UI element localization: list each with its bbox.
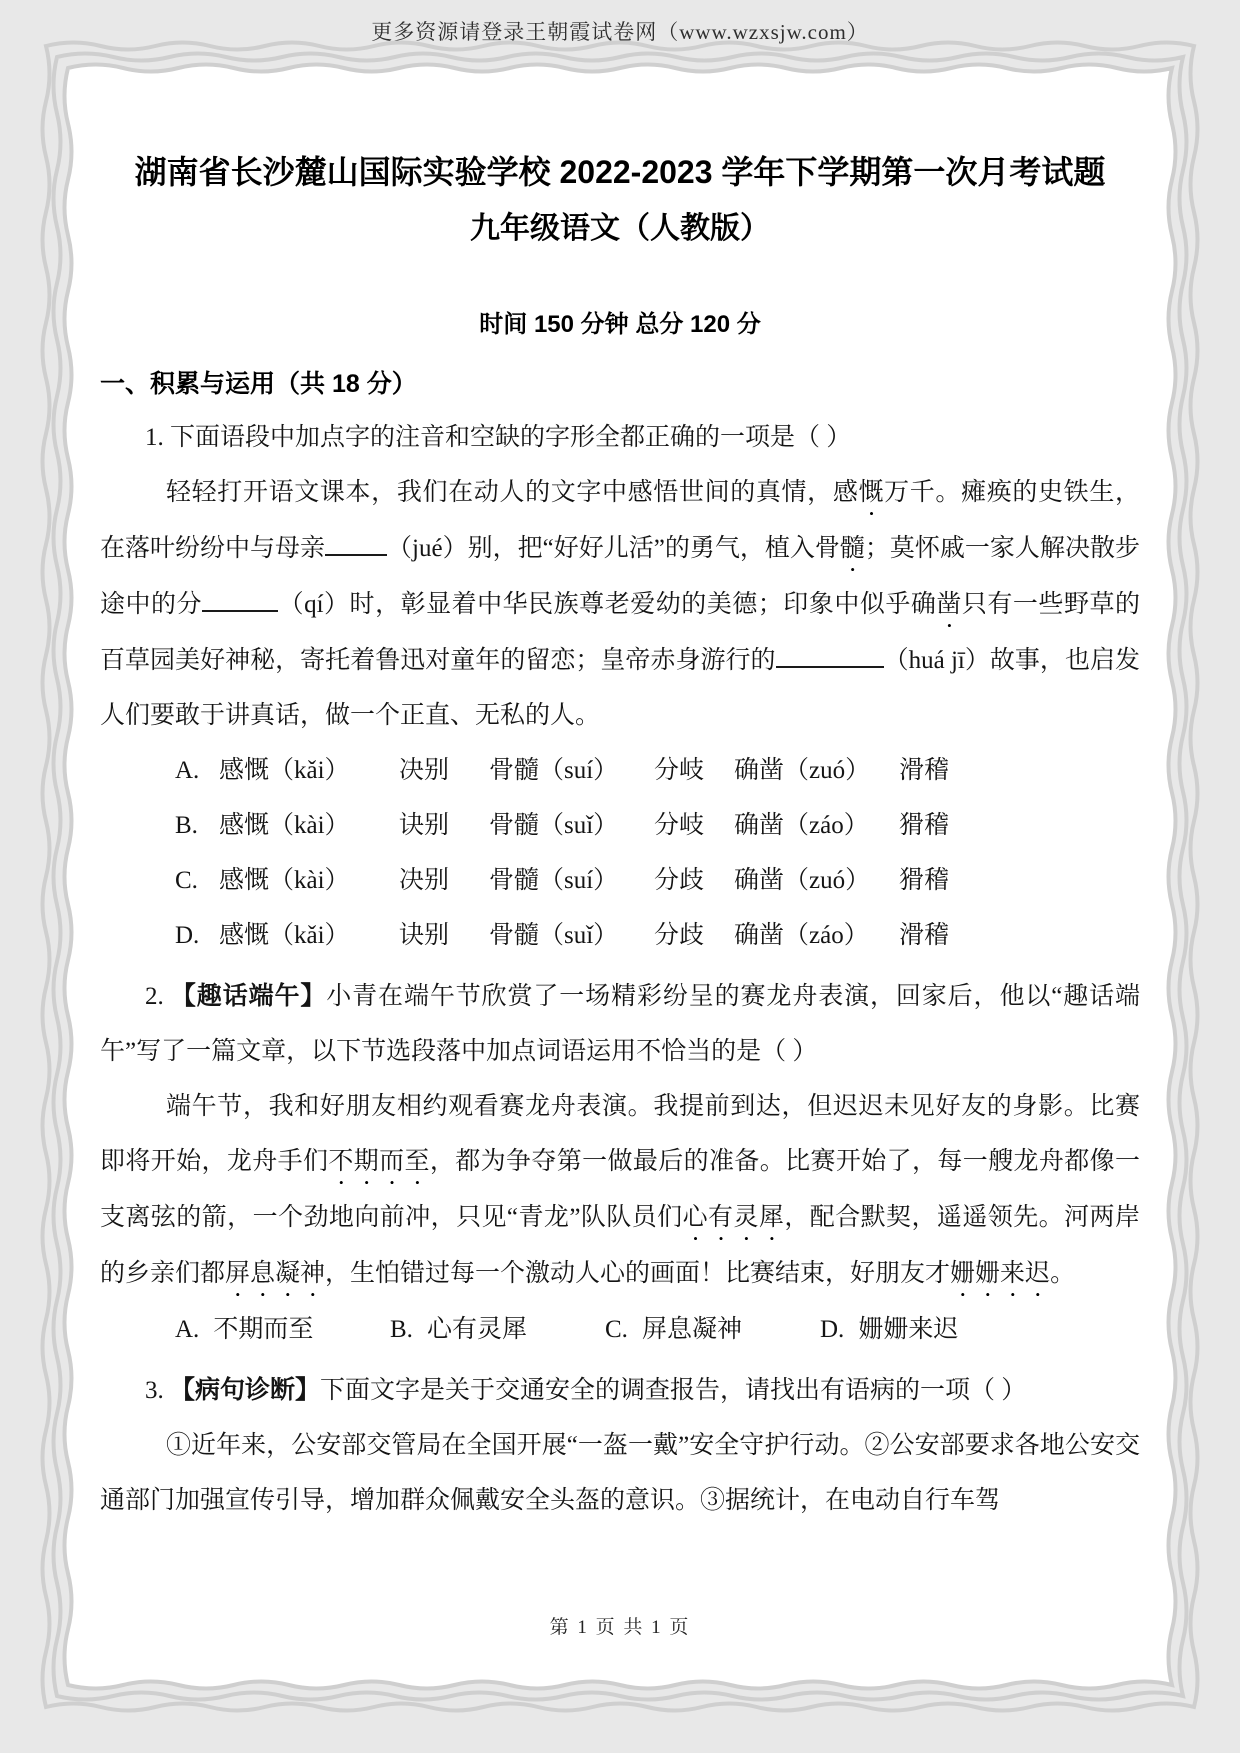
q1-stem: 1. 下面语段中加点字的注音和空缺的字形全都正确的一项是（ ）	[100, 410, 1140, 465]
option-cell: 确凿（záo）	[734, 908, 899, 963]
q2-option-b-label: B.	[390, 1302, 413, 1357]
option-cell: 分歧	[654, 908, 734, 963]
q2-option-b: B. 心有灵犀	[390, 1302, 605, 1357]
option-cell: 诀别	[399, 908, 489, 963]
q2-option-c: C. 屏息凝神	[605, 1302, 820, 1357]
q1-passage: 轻轻打开语文课本，我们在动人的文字中感悟世间的真情，感慨万千。瘫痪的史铁生，在落…	[100, 465, 1140, 743]
q2-option-c-label: C.	[605, 1302, 628, 1357]
option-cell: 猾稽	[899, 853, 949, 908]
option-cell: 滑稽	[899, 908, 949, 963]
option-cell: 感慨（kǎi）	[219, 908, 399, 963]
q2-option-a: A. 不期而至	[175, 1302, 390, 1357]
option-cell: 心有灵犀	[427, 1302, 527, 1357]
option-cell: 滑稽	[899, 743, 949, 798]
option-cell: 确凿（zuó）	[734, 743, 899, 798]
option-cell: 诀别	[399, 798, 489, 853]
q1-option-a-label: A.	[175, 743, 219, 798]
q2-option-d: D. 姗姗来迟	[820, 1302, 958, 1357]
option-cell: 分岐	[654, 798, 734, 853]
option-cell: 感慨（kài）	[219, 853, 399, 908]
option-cell: 屏息凝神	[642, 1302, 742, 1357]
q2-passage: 端午节，我和好朋友相约观看赛龙舟表演。我提前到达，但迟迟未见好友的身影。比赛即将…	[100, 1079, 1140, 1302]
option-cell: 骨髓（suí）	[489, 853, 654, 908]
fill-in-blank-line	[202, 605, 278, 612]
option-cell: 感慨（kǎi）	[219, 743, 399, 798]
option-cell: 不期而至	[213, 1302, 313, 1357]
option-cell: 确凿（zuó）	[734, 853, 899, 908]
option-cell: 感慨（kài）	[219, 798, 399, 853]
paper-content: 湖南省长沙麓山国际实验学校 2022-2023 学年下学期第一次月考试题 九年级…	[100, 0, 1140, 1528]
option-cell: 猾稽	[899, 798, 949, 853]
q1-option-row-b: B. 感慨（kài） 诀别 骨髓（suǐ） 分岐 确凿（záo） 猾稽	[100, 798, 1140, 853]
exam-subtitle: 九年级语文（人教版）	[100, 208, 1140, 250]
option-cell: 确凿（záo）	[734, 798, 899, 853]
q2-stem: 2. 【趣话端午】小青在端午节欣赏了一场精彩纷呈的赛龙舟表演，回家后，他以“趣话…	[100, 969, 1140, 1079]
q1-option-row-c: C. 感慨（kài） 决别 骨髓（suí） 分歧 确凿（zuó） 猾稽	[100, 853, 1140, 908]
option-cell: 决别	[399, 853, 489, 908]
option-cell: 骨髓（suǐ）	[489, 908, 654, 963]
fill-in-blank-line	[776, 661, 884, 668]
section1-heading: 一、积累与运用（共 18 分）	[100, 364, 1140, 404]
option-cell: 骨髓（suí）	[489, 743, 654, 798]
option-cell: 分歧	[654, 853, 734, 908]
q2-options-row: A. 不期而至 B. 心有灵犀 C. 屏息凝神 D. 姗姗来迟	[100, 1302, 1140, 1357]
q2-option-d-label: D.	[820, 1302, 844, 1357]
q3-stem: 3. 【病句诊断】下面文字是关于交通安全的调查报告，请找出有语病的一项（ ）	[100, 1363, 1140, 1418]
q1-option-row-d: D. 感慨（kǎi） 诀别 骨髓（suǐ） 分歧 确凿（záo） 滑稽	[100, 908, 1140, 963]
exam-title: 湖南省长沙麓山国际实验学校 2022-2023 学年下学期第一次月考试题	[100, 150, 1140, 194]
q2-option-a-label: A.	[175, 1302, 199, 1357]
option-cell: 决别	[399, 743, 489, 798]
option-cell: 骨髓（suǐ）	[489, 798, 654, 853]
fill-in-blank-line	[325, 549, 387, 556]
option-cell: 分岐	[654, 743, 734, 798]
q3-passage: ①近年来，公安部交管局在全国开展“一盔一戴”安全守护行动。②公安部要求各地公安交…	[100, 1418, 1140, 1528]
option-cell: 姗姗来迟	[858, 1302, 958, 1357]
page-number-footer: 第 1 页 共 1 页	[0, 1612, 1240, 1639]
q1-option-row-a: A. 感慨（kǎi） 决别 骨髓（suí） 分岐 确凿（zuó） 滑稽	[100, 743, 1140, 798]
q1-option-d-label: D.	[175, 908, 219, 963]
exam-time-score-info: 时间 150 分钟 总分 120 分	[100, 308, 1140, 342]
q1-option-b-label: B.	[175, 798, 219, 853]
q1-option-c-label: C.	[175, 853, 219, 908]
